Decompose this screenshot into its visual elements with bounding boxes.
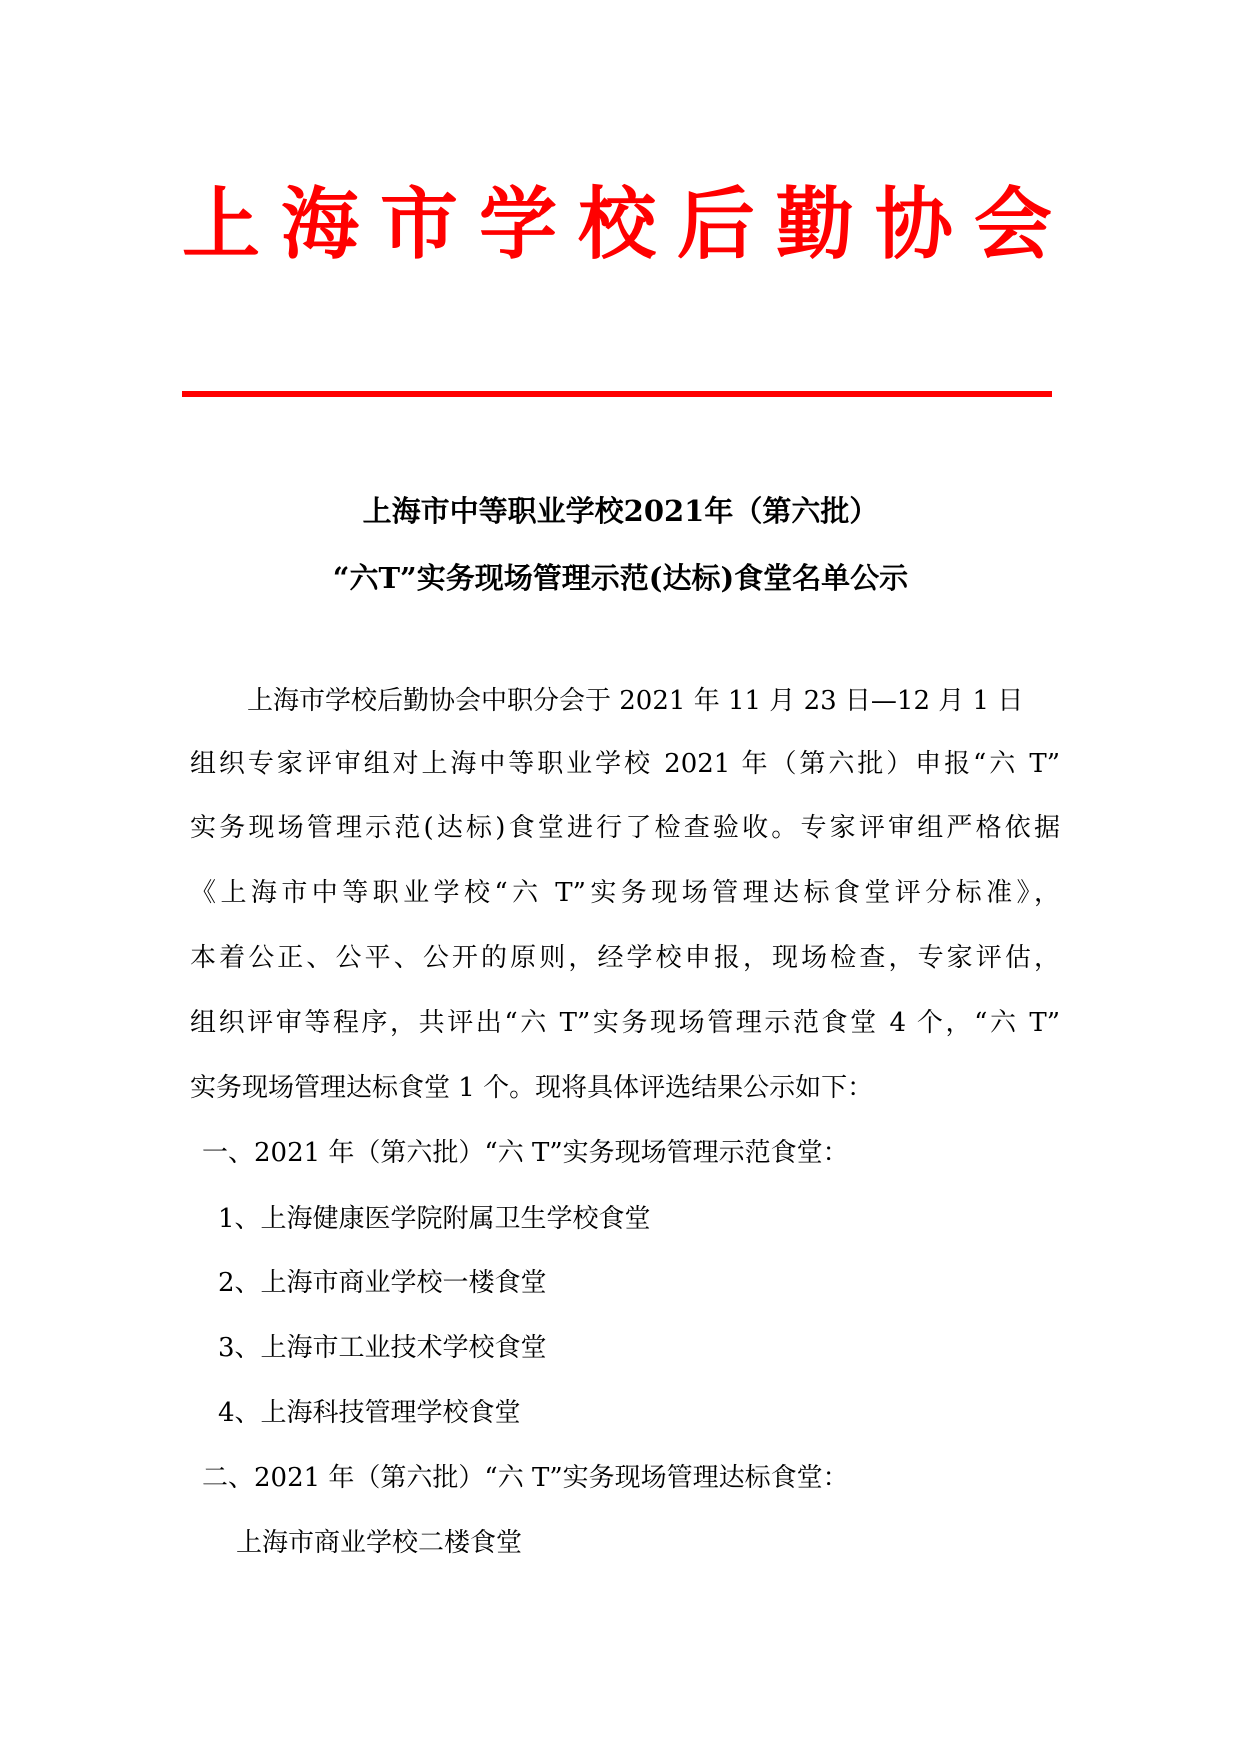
list-item: 上海市商业学校二楼食堂: [236, 1530, 522, 1556]
org-char: 海: [281, 186, 359, 264]
org-char: 勤: [776, 186, 854, 264]
paragraph-line: 组织评审等程序，共评出“六 T”实务现场管理示范食堂 4 个，“六 T”: [190, 1010, 1060, 1036]
org-char: 后: [677, 186, 755, 264]
org-char: 上: [182, 186, 260, 264]
organization-header: 上 海 市 学 校 后 勤 协 会: [182, 175, 1052, 275]
document-title-line-1: 上海市中等职业学校2021年（第六批）: [0, 497, 1241, 526]
list-item: 3、上海市工业技术学校食堂: [218, 1335, 547, 1361]
section-heading: 一、2021 年（第六批）“六 T”实务现场管理示范食堂：: [202, 1140, 849, 1166]
section-heading: 二、2021 年（第六批）“六 T”实务现场管理达标食堂：: [202, 1465, 849, 1491]
org-char: 会: [974, 186, 1052, 264]
list-item: 1、上海健康医学院附属卫生学校食堂: [218, 1206, 651, 1232]
paragraph-line: 上海市学校后勤协会中职分会于 2021 年 11 月 23 日—12 月 1 日: [247, 688, 1023, 714]
org-char: 市: [380, 186, 458, 264]
paragraph-line: 实务现场管理示范(达标)食堂进行了检查验收。专家评审组严格依据: [190, 815, 1060, 841]
document-title-line-2: “六T”实务现场管理示范(达标)食堂名单公示: [0, 564, 1241, 593]
list-item: 2、上海市商业学校一楼食堂: [218, 1270, 547, 1296]
paragraph-line: 《上海市中等职业学校“六 T”实务现场管理达标食堂评分标准》，: [190, 880, 1060, 906]
paragraph-line: 实务现场管理达标食堂 1 个。现将具体评选结果公示如下：: [190, 1075, 873, 1101]
org-char: 协: [875, 186, 953, 264]
org-char: 学: [479, 186, 557, 264]
paragraph-line: 本着公正、公平、公开的原则，经学校申报，现场检查，专家评估，: [190, 945, 1060, 971]
list-item: 4、上海科技管理学校食堂: [218, 1400, 521, 1426]
paragraph-line: 组织专家评审组对上海中等职业学校 2021 年（第六批）申报“六 T”: [190, 751, 1060, 777]
red-header-divider: [182, 391, 1052, 397]
org-char: 校: [578, 186, 656, 264]
